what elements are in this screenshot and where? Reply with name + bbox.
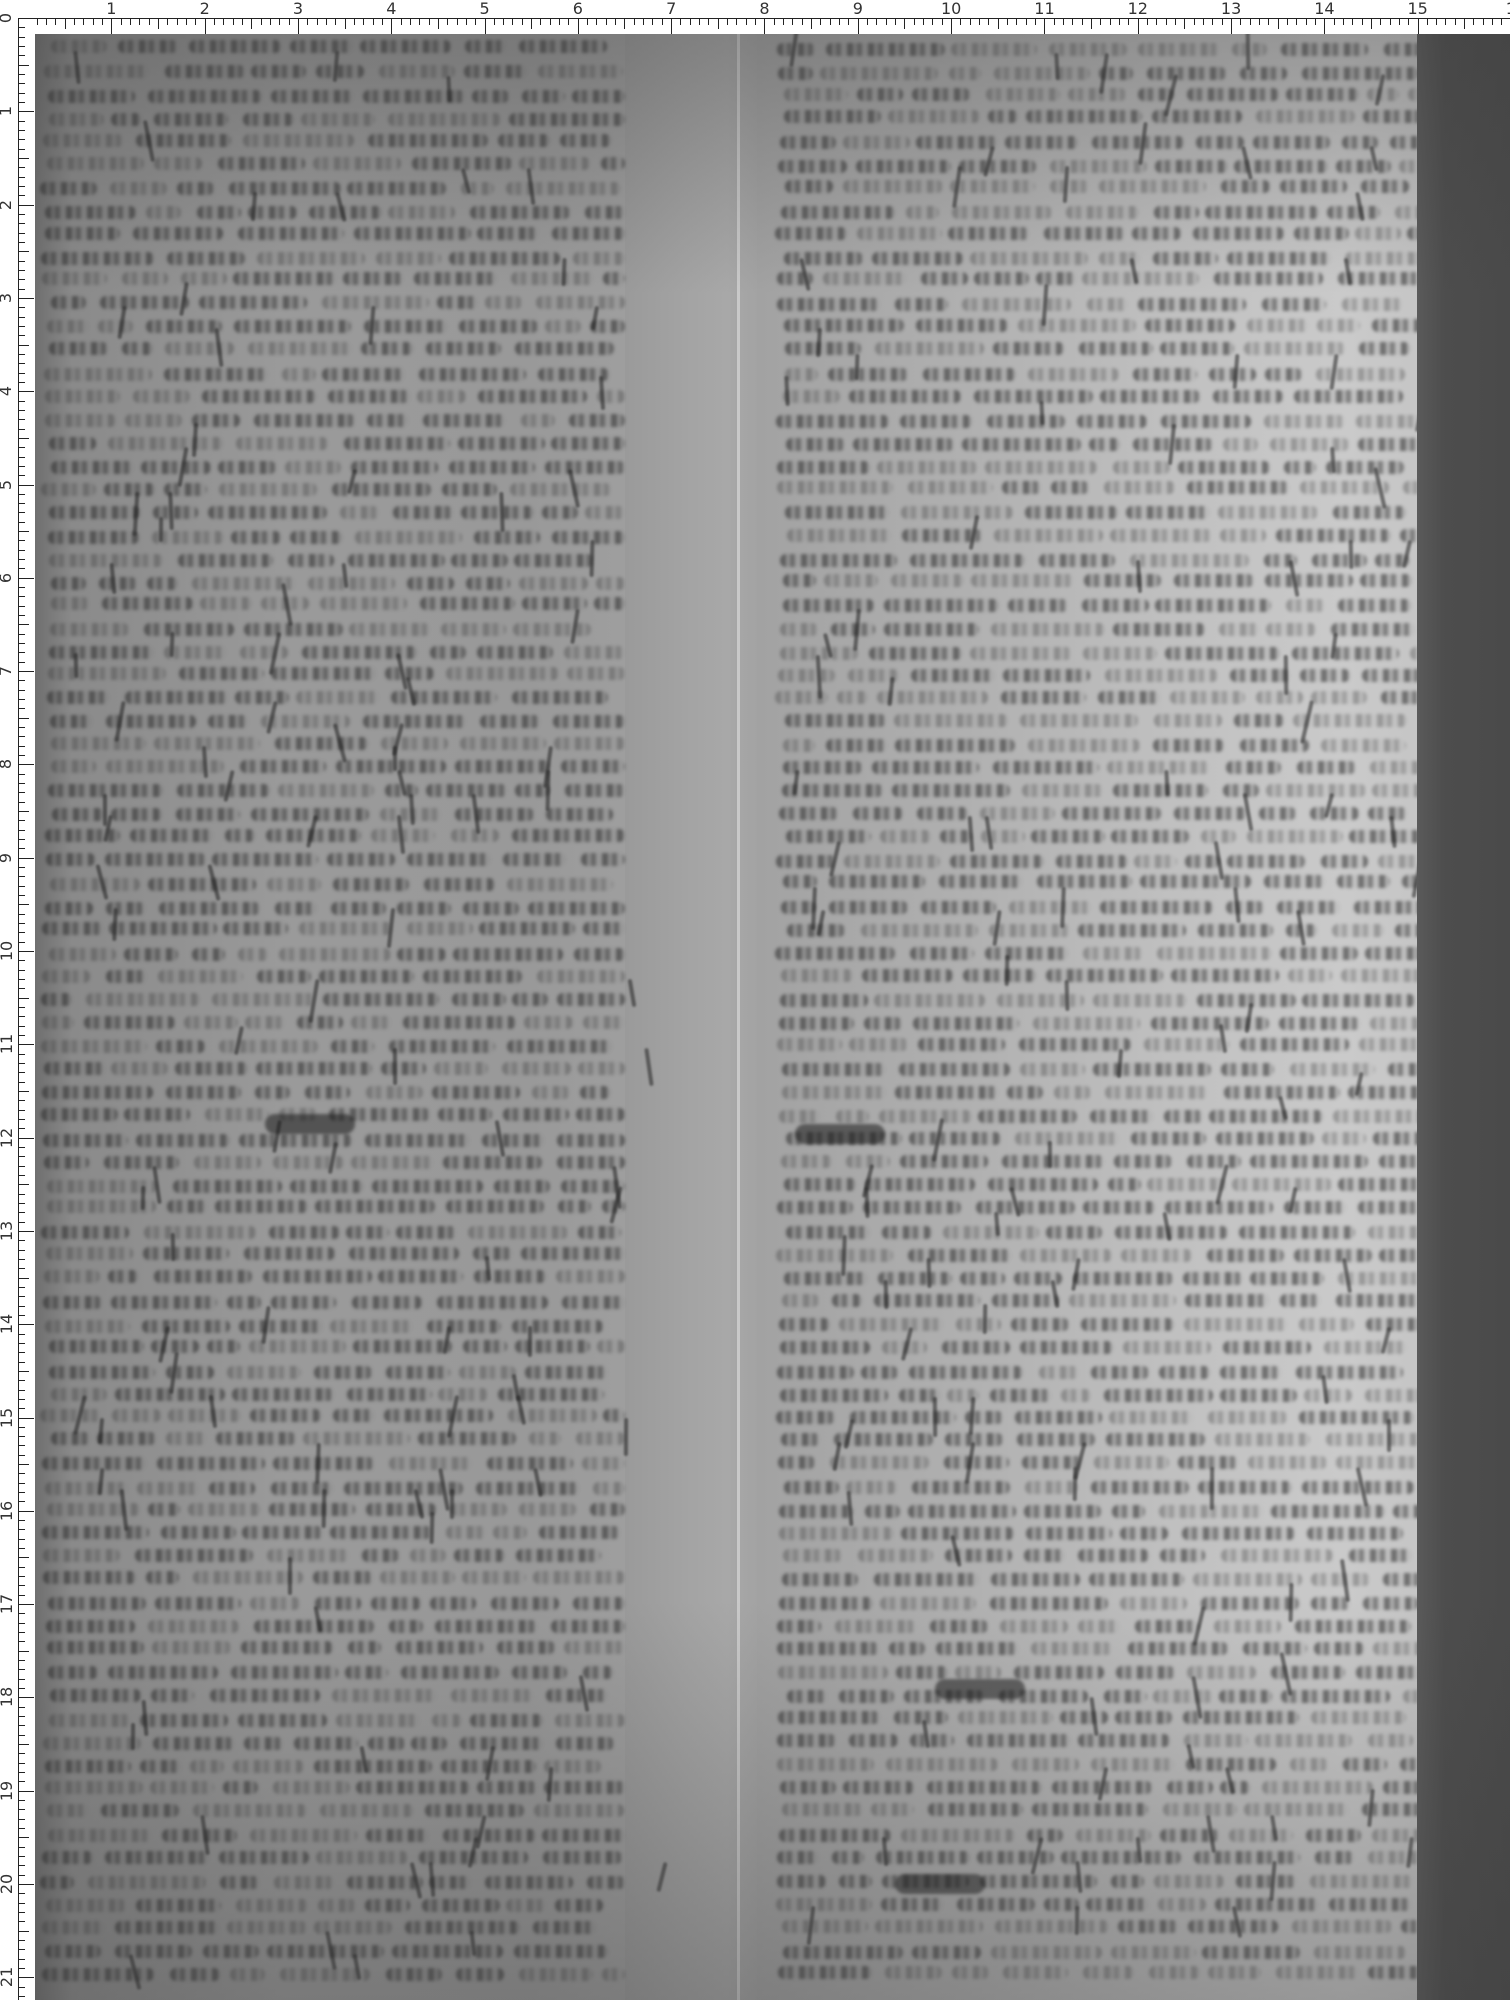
ruler-tick — [83, 18, 84, 25]
ruler-tick — [18, 1082, 25, 1083]
script-word — [1299, 1411, 1414, 1424]
script-word — [877, 461, 977, 474]
script-word — [786, 830, 871, 843]
script-word — [1022, 784, 1104, 797]
ruler-tick — [18, 1464, 29, 1465]
script-word — [1155, 599, 1271, 612]
script-word — [1078, 924, 1186, 937]
script-word — [910, 947, 974, 960]
ruler-tick — [1315, 18, 1316, 25]
script-word — [1113, 623, 1205, 636]
ruler-label: 13 — [1221, 1, 1241, 17]
ruler-tick — [18, 624, 29, 625]
script-word — [956, 1318, 1000, 1331]
script-word — [1302, 994, 1415, 1007]
ruler-tick — [18, 1744, 29, 1745]
script-word — [1299, 1318, 1355, 1331]
script-word — [1174, 574, 1254, 587]
script-word — [875, 342, 984, 355]
script-word — [1028, 368, 1119, 381]
ruler-tick — [876, 18, 877, 25]
script-word — [939, 875, 1021, 888]
ruler-tick — [1194, 18, 1195, 25]
script-word — [1187, 481, 1289, 494]
ruler-tick — [18, 1669, 25, 1670]
script-word — [787, 924, 845, 937]
ruler-tick — [18, 233, 25, 234]
ruler-label: 2 — [200, 1, 210, 17]
ruler-tick — [848, 18, 849, 25]
script-word — [1337, 875, 1390, 888]
script-word — [901, 1527, 1014, 1540]
ruler-tick — [18, 1501, 25, 1502]
script-word — [777, 1201, 853, 1214]
ruler-tick — [1343, 18, 1344, 25]
script-word — [1358, 438, 1422, 451]
ruler-tick — [18, 1455, 25, 1456]
script-word — [1111, 830, 1189, 843]
script-word — [1001, 691, 1086, 704]
script-word — [962, 298, 1072, 311]
script-word — [1197, 994, 1296, 1007]
script-word — [865, 1178, 975, 1191]
ruler-label: 1 — [1506, 1, 1510, 17]
ruler-tick — [18, 1175, 25, 1176]
script-word — [976, 1201, 1075, 1214]
script-word — [1266, 784, 1365, 797]
ruler-tick — [18, 429, 25, 430]
script-word — [1193, 1573, 1302, 1586]
ruler-tick — [139, 18, 140, 25]
script-word — [1302, 1481, 1414, 1494]
ruler-tick — [18, 540, 25, 541]
script-word — [846, 1155, 890, 1168]
script-word — [1089, 438, 1120, 451]
ruler-tick — [18, 1380, 25, 1381]
ruler-tick — [18, 1110, 25, 1111]
script-word — [908, 1505, 1016, 1518]
ruler-label: 3 — [293, 1, 303, 17]
script-word — [783, 390, 841, 403]
ruler-tick — [18, 401, 25, 402]
ruler-tick — [18, 1520, 25, 1521]
script-word — [1130, 554, 1248, 567]
script-word — [850, 1411, 956, 1424]
ruler-tick — [1166, 18, 1167, 25]
script-word — [1009, 901, 1092, 914]
ruler-tick — [512, 18, 513, 25]
ruler-tick — [1128, 18, 1129, 25]
ruler-tick — [18, 1903, 25, 1904]
script-word — [778, 1456, 814, 1469]
script-word — [1271, 1505, 1385, 1518]
ruler-tick — [18, 1007, 25, 1008]
ruler-tick — [18, 307, 25, 308]
ruler-label: 10 — [941, 1, 961, 17]
ruler-tick — [802, 18, 803, 25]
ruler-tick — [289, 18, 290, 25]
ruler-tick — [18, 1362, 25, 1363]
ruler-tick — [18, 261, 25, 262]
ruler-tick — [419, 18, 420, 25]
ruler-tick — [18, 1390, 25, 1391]
ruler-tick — [531, 18, 532, 29]
ruler-tick — [18, 652, 25, 653]
script-word — [784, 319, 904, 332]
ruler-label: 12 — [1128, 1, 1148, 17]
script-word — [837, 691, 868, 704]
ruler-tick — [65, 18, 66, 29]
script-word — [1110, 529, 1212, 542]
script-word — [1265, 368, 1301, 381]
ruler-tick — [279, 18, 280, 25]
script-word — [1160, 342, 1233, 355]
script-word — [1098, 691, 1161, 704]
script-word — [1336, 1294, 1430, 1307]
ruler-tick — [18, 1781, 25, 1782]
script-word — [993, 342, 1063, 355]
ruler-tick — [18, 960, 25, 961]
ruler-tick — [18, 242, 25, 243]
script-word — [832, 1294, 863, 1307]
ruler-tick — [18, 1865, 25, 1866]
ruler-tick — [18, 1940, 25, 1941]
script-word — [880, 830, 932, 843]
script-word — [1015, 1132, 1120, 1145]
script-word — [1292, 647, 1399, 660]
script-word — [831, 623, 875, 636]
ruler-label: 2 — [0, 200, 14, 210]
ruler-tick — [18, 1418, 34, 1419]
ruler-tick — [587, 18, 588, 25]
script-word — [1284, 461, 1316, 474]
ruler-tick — [158, 18, 159, 29]
script-word — [988, 1178, 1098, 1191]
ruler-tick — [886, 18, 887, 25]
ruler-tick — [18, 1483, 25, 1484]
script-word — [879, 1110, 972, 1123]
ruler-tick — [242, 18, 243, 25]
ruler-tick — [708, 18, 709, 25]
script-word — [1002, 481, 1041, 494]
script-word — [776, 1411, 835, 1424]
ruler-tick — [1352, 18, 1353, 25]
script-word — [1185, 1294, 1269, 1307]
script-word — [1107, 761, 1210, 774]
ruler-tick — [18, 494, 25, 495]
script-word — [1332, 924, 1385, 937]
script-word — [942, 1341, 1010, 1354]
ruler-tick — [18, 830, 25, 831]
ruler-tick — [55, 18, 56, 25]
ruler-tick — [130, 18, 131, 25]
script-word — [779, 1017, 855, 1030]
script-word — [993, 761, 1099, 774]
script-ascender — [1004, 955, 1009, 986]
script-word — [962, 438, 1082, 451]
ruler-tick — [1306, 18, 1307, 25]
script-word — [1207, 1249, 1283, 1262]
script-word — [1079, 342, 1154, 355]
script-word — [991, 1573, 1080, 1586]
script-word — [970, 647, 1072, 660]
ruler-label: 19 — [0, 1781, 15, 1801]
ruler-tick — [18, 205, 34, 206]
script-word — [1265, 574, 1353, 587]
ruler-tick — [410, 18, 411, 25]
ruler-tick — [18, 1996, 25, 1997]
ruler-tick — [764, 18, 765, 34]
ruler-tick — [18, 802, 25, 803]
ruler-tick — [18, 680, 25, 681]
ruler-tick — [18, 727, 25, 728]
script-word — [781, 969, 852, 982]
ruler-tick — [1035, 18, 1036, 25]
ruler-tick — [18, 1212, 25, 1213]
script-word — [1174, 807, 1247, 820]
script-word — [839, 1318, 944, 1331]
ruler-tick — [839, 18, 840, 25]
ruler-label: 9 — [853, 1, 863, 17]
script-word — [1317, 319, 1360, 332]
script-word — [1165, 1201, 1273, 1214]
script-ascender — [864, 1187, 869, 1218]
script-word — [1083, 947, 1143, 960]
ruler-tick — [1156, 18, 1157, 25]
ruler-tick — [18, 37, 25, 38]
ruler-tick — [177, 18, 178, 25]
script-word — [1223, 1341, 1311, 1354]
ruler-tick — [18, 848, 25, 849]
ruler-label: 8 — [759, 1, 769, 17]
script-word — [782, 1063, 885, 1076]
ruler-label: 7 — [0, 666, 14, 676]
ruler-label: 11 — [1034, 1, 1054, 17]
script-word — [1370, 1017, 1421, 1030]
ruler-tick — [447, 18, 448, 25]
script-word — [864, 1017, 902, 1030]
ruler-tick — [18, 1147, 25, 1148]
script-word — [830, 1456, 929, 1469]
ruler-label: 21 — [0, 1967, 15, 1987]
script-word — [991, 623, 1105, 636]
ruler-tick — [18, 65, 29, 66]
ruler-tick — [18, 1529, 25, 1530]
ruler-tick — [18, 531, 29, 532]
script-word — [777, 1366, 853, 1379]
script-word — [1277, 901, 1340, 914]
ruler-tick — [18, 1847, 25, 1848]
ruler-tick — [1501, 18, 1502, 25]
script-word — [1020, 1341, 1113, 1354]
script-word — [1073, 1272, 1172, 1285]
ruler-tick — [774, 18, 775, 25]
script-word — [1170, 691, 1245, 704]
ruler-tick — [18, 177, 25, 178]
script-word — [1307, 1527, 1403, 1540]
script-word — [1157, 947, 1273, 960]
script-word — [908, 481, 993, 494]
ruler-tick — [1492, 18, 1493, 25]
ruler-tick — [671, 18, 672, 34]
ruler-tick — [18, 18, 34, 19]
script-word — [1280, 947, 1359, 960]
ruler-tick — [270, 18, 271, 25]
ruler-tick — [18, 932, 25, 933]
ruler-tick — [811, 18, 812, 29]
script-word — [1264, 875, 1324, 888]
script-word — [1164, 1110, 1202, 1123]
script-word — [1226, 901, 1264, 914]
script-word — [780, 623, 818, 636]
ruler-tick — [18, 1753, 25, 1754]
ruler-tick — [1100, 18, 1101, 25]
ruler-tick — [18, 1492, 25, 1493]
script-ascender — [1073, 1467, 1078, 1501]
script-word — [1311, 1573, 1370, 1586]
ruler-tick — [18, 1306, 25, 1307]
script-word — [1083, 1201, 1155, 1214]
script-word — [1061, 1389, 1092, 1402]
script-word — [1054, 1086, 1090, 1099]
script-word — [1159, 1366, 1210, 1379]
ruler-tick — [18, 876, 25, 877]
script-word — [895, 739, 1015, 752]
ruler-tick — [18, 1585, 25, 1586]
ruler-tick — [18, 1119, 25, 1120]
ruler-tick — [1408, 18, 1409, 25]
ruler-tick — [18, 568, 25, 569]
ruler-tick — [18, 942, 25, 943]
ruler-tick — [18, 783, 25, 784]
ruler-tick — [18, 596, 25, 597]
script-word — [775, 947, 894, 960]
ruler-label: 14 — [0, 1314, 15, 1334]
ruler-tick — [18, 1371, 29, 1372]
script-word — [1280, 1294, 1320, 1307]
ruler-tick — [718, 18, 719, 29]
script-word — [1147, 1178, 1226, 1191]
ruler-tick — [662, 18, 663, 25]
script-word — [1294, 390, 1403, 403]
script-word — [1113, 461, 1171, 474]
script-ascender — [1040, 401, 1045, 426]
ruler-tick — [1278, 18, 1279, 29]
script-word — [940, 830, 972, 843]
script-word — [1201, 830, 1236, 843]
script-word — [779, 1527, 894, 1540]
ruler-tick — [503, 18, 504, 25]
ruler-tick — [18, 1828, 25, 1829]
script-word — [1028, 739, 1140, 752]
ruler-tick — [18, 438, 29, 439]
ruler-tick — [345, 18, 346, 29]
script-word — [782, 1573, 858, 1586]
script-word — [1025, 1481, 1078, 1494]
script-word — [785, 368, 817, 381]
ruler-tick — [1268, 18, 1269, 25]
ruler-tick — [18, 1063, 25, 1064]
ruler-tick — [18, 1567, 25, 1568]
ruler-tick — [1362, 18, 1363, 25]
script-word — [1247, 830, 1342, 843]
ruler-tick — [1212, 18, 1213, 25]
ruler-label: 4 — [386, 1, 396, 17]
ruler-tick — [1175, 18, 1176, 25]
script-word — [1359, 342, 1410, 355]
script-word — [783, 739, 815, 752]
ruler-tick — [18, 93, 25, 94]
ruler-label: 1 — [106, 1, 116, 17]
script-word — [1240, 739, 1309, 752]
ruler-tick — [18, 373, 25, 374]
ruler-tick — [18, 83, 25, 84]
script-word — [918, 1038, 1005, 1051]
script-word — [912, 1481, 1010, 1494]
script-word — [1100, 901, 1212, 914]
script-word — [782, 1086, 886, 1099]
ruler-tick — [18, 1604, 34, 1605]
ruler-tick — [998, 18, 999, 29]
script-word — [783, 1549, 842, 1562]
script-word — [1069, 1294, 1176, 1307]
ruler-tick — [391, 18, 392, 34]
ruler-tick — [18, 1819, 25, 1820]
ruler-tick — [18, 1194, 25, 1195]
ruler-tick — [18, 1100, 25, 1101]
script-ascender — [968, 816, 975, 852]
ruler-tick — [18, 475, 25, 476]
ruler-tick — [1418, 18, 1419, 34]
ruler-tick — [401, 18, 402, 25]
ruler-tick — [18, 1343, 25, 1344]
script-word — [781, 1155, 832, 1168]
ruler-tick — [1455, 18, 1456, 25]
ruler-tick — [18, 1809, 25, 1810]
ruler-tick — [755, 18, 756, 25]
ruler-tick — [18, 1222, 25, 1223]
script-word — [872, 761, 979, 774]
script-word — [1209, 1110, 1323, 1123]
script-word — [1056, 855, 1128, 868]
ruler-tick — [18, 1259, 25, 1260]
ruler-tick — [18, 970, 25, 971]
script-word — [1121, 1249, 1193, 1262]
ruler-tick — [18, 1707, 25, 1708]
script-word — [1234, 714, 1283, 727]
ruler-tick — [18, 746, 25, 747]
ruler-tick — [18, 1800, 25, 1801]
script-word — [1215, 1433, 1310, 1446]
script-word — [994, 529, 1103, 542]
ruler-tick — [1007, 18, 1008, 25]
script-word — [1106, 1433, 1205, 1446]
top-vignette — [35, 34, 1510, 294]
ruler-tick — [18, 1539, 25, 1540]
script-word — [1338, 599, 1412, 612]
ruler-tick — [18, 121, 25, 122]
script-word — [783, 875, 817, 888]
ruler-tick — [18, 1473, 25, 1474]
ruler-tick — [1119, 18, 1120, 25]
script-word — [1220, 529, 1266, 542]
ruler-tick — [1082, 18, 1083, 25]
script-word — [785, 714, 886, 727]
script-word — [1026, 1527, 1111, 1540]
ruler-tick — [1026, 18, 1027, 25]
ruler-tick — [18, 858, 34, 859]
script-word — [1120, 1527, 1168, 1540]
